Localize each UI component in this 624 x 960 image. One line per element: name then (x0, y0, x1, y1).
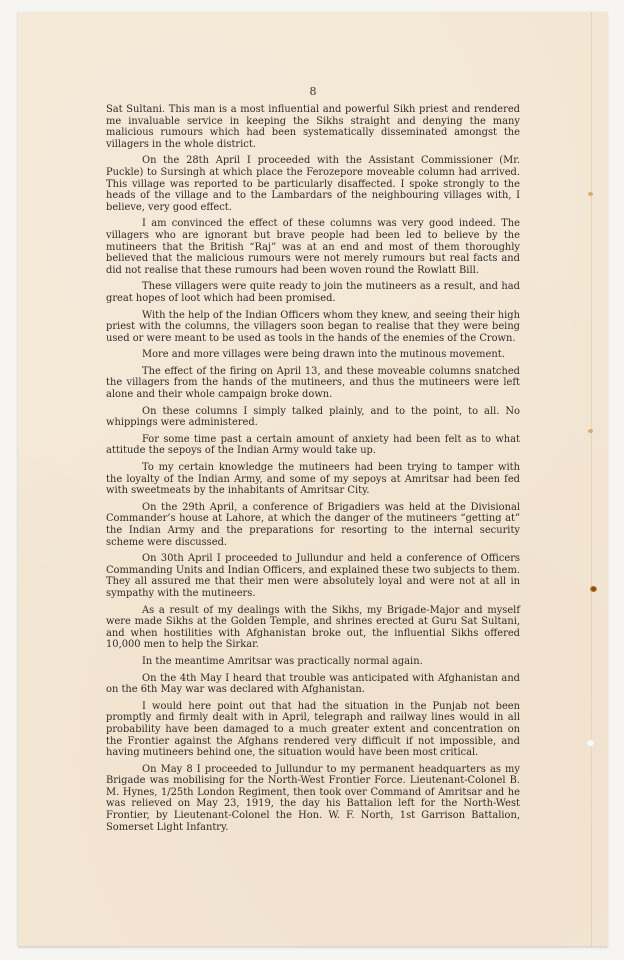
paragraph: These villagers were quite ready to join… (106, 281, 520, 304)
punch-hole (586, 739, 595, 747)
paragraph: In the meantime Amritsar was practically… (106, 656, 520, 668)
paper-blemish (588, 429, 593, 433)
paragraph: On 30th April I proceeded to Jullundur a… (106, 553, 520, 599)
page-number: 8 (18, 85, 608, 98)
paragraph: On the 28th April I proceeded with the A… (106, 155, 520, 213)
paragraph: On May 8 I proceeded to Jullundur to my … (106, 764, 520, 834)
paragraph: On the 4th May I heard that trouble was … (106, 673, 520, 696)
rust-stain-mark (590, 586, 597, 592)
paragraph: On the 29th April, a conference of Briga… (106, 502, 520, 548)
paragraph: I am convinced the effect of these colum… (106, 218, 520, 276)
page-fold-line (591, 12, 592, 946)
paragraph: With the help of the Indian Officers who… (106, 310, 520, 345)
paragraph: As a result of my dealings with the Sikh… (106, 605, 520, 651)
paragraph: The effect of the firing on April 13, an… (106, 366, 520, 401)
paragraph: Sat Sultani. This man is a most influent… (106, 104, 520, 150)
paragraph: To my certain knowledge the mutineers ha… (106, 462, 520, 497)
document-body: Sat Sultani. This man is a most influent… (106, 104, 520, 838)
paragraph: More and more villages were being drawn … (106, 349, 520, 361)
paragraph: On these columns I simply talked plainly… (106, 406, 520, 429)
document-page: 8 Sat Sultani. This man is a most influe… (18, 12, 608, 946)
paragraph: I would here point out that had the situ… (106, 701, 520, 759)
paper-blemish (588, 192, 593, 196)
paragraph: For some time past a certain amount of a… (106, 434, 520, 457)
